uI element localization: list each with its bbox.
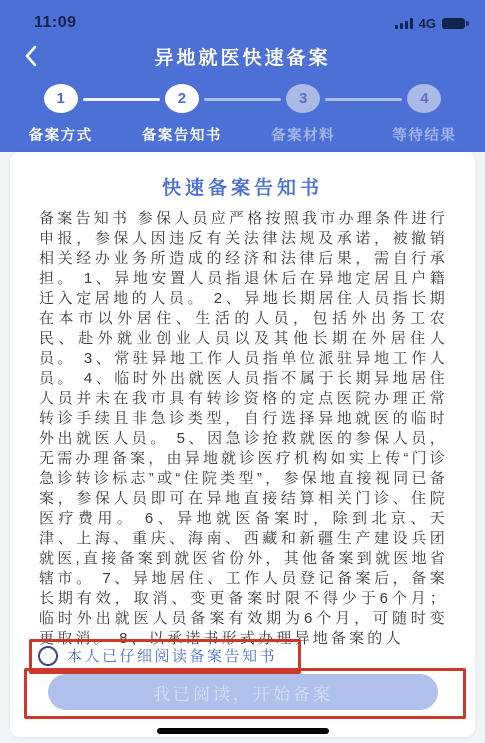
app-header: 11:09 4G 异地就医快速备案 1 2 3 [0,0,485,152]
status-time: 11:09 [34,14,77,32]
stepper-labels: 备案方式 备案告知书 备案材料 等待结果 [0,124,485,145]
start-filing-button[interactable]: 我已阅读，开始备案 [48,674,438,710]
status-icons: 4G [395,16,469,31]
step-label-result: 等待结果 [364,124,485,145]
nav-bar: 异地就医快速备案 [0,38,485,74]
stepper-circles: 1 2 3 4 [0,84,485,115]
stepper: 1 2 3 4 备案方式 备案告知书 备案材料 等待结果 [0,84,485,145]
back-button[interactable] [24,45,37,67]
step-circle-3: 3 [286,84,320,113]
page-title: 异地就医快速备案 [154,43,330,70]
step-circle-4: 4 [407,84,441,113]
step-circle-2: 2 [165,84,199,113]
step-label-method: 备案方式 [0,124,121,145]
stepper-connector-2 [204,98,281,101]
signal-strength-icon [395,18,413,29]
network-label: 4G [419,16,436,31]
status-bar: 11:09 4G [0,0,485,36]
stepper-connector-3 [325,98,402,101]
step-circle-1: 1 [44,84,78,113]
radio-unchecked-icon[interactable] [38,646,58,666]
home-indicator[interactable] [157,728,329,734]
notice-body: 备案告知书 参保人员应严格按照我市办理条件进行申报，参保人因违反有关法律法规及承… [39,209,448,649]
agreement-radio-row[interactable]: 本人已仔细阅读备案告知书 [38,645,277,666]
chevron-left-icon [24,45,37,67]
step-label-notice: 备案告知书 [121,124,242,145]
step-label-materials: 备案材料 [243,124,364,145]
notice-title: 快速备案告知书 [10,173,475,200]
phone-screen: 11:09 4G 异地就医快速备案 1 2 3 [0,0,485,743]
stepper-connector-1 [83,98,160,101]
agreement-label: 本人已仔细阅读备案告知书 [67,645,277,666]
battery-icon [442,18,465,29]
